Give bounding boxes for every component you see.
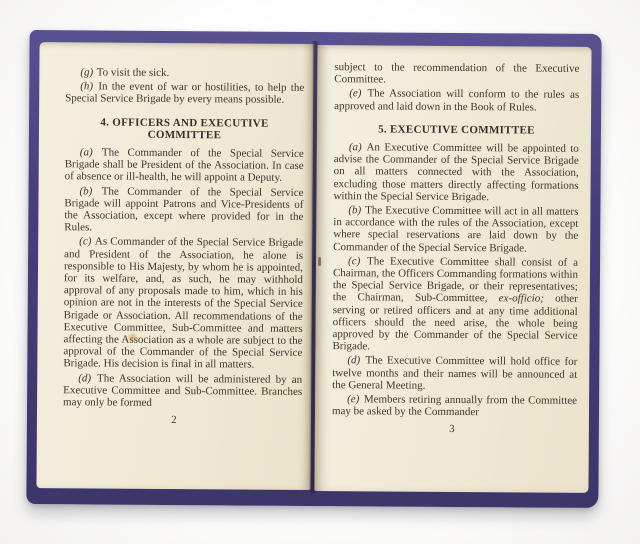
right-page-content: subject to the recommendation of the Exe… <box>315 45 592 419</box>
paragraph-label: (b) <box>348 204 361 216</box>
section-heading: 5. EXECUTIVE COMMITTEE <box>348 123 565 137</box>
paragraph-label: (e) <box>347 393 359 405</box>
booklet-cover: (g) To visit the sick.(h) In the event o… <box>26 30 601 508</box>
left-page-content: (g) To visit the sick.(h) In the event o… <box>37 42 314 410</box>
paragraph: (a) The Commander of the Special Service… <box>65 146 304 184</box>
page-number-left: 2 <box>37 413 311 427</box>
paragraph: (h) In the event of war or hostilities, … <box>65 80 304 106</box>
paragraph-label: (a) <box>80 146 93 158</box>
page-number-right: 3 <box>315 422 589 436</box>
edge-speck <box>318 257 321 266</box>
paragraph-label: (d) <box>347 355 360 367</box>
paragraph-label: (d) <box>78 372 91 384</box>
paragraph-label: (e) <box>349 88 361 100</box>
stain-mark <box>125 333 139 343</box>
paragraph: (b) The Commander of the Special Service… <box>64 185 303 235</box>
paragraph: (d) The Association will be administered… <box>63 372 302 410</box>
paragraph-label: (b) <box>79 185 92 197</box>
paragraph: (d) The Executive Committee will hold of… <box>332 355 577 393</box>
paragraph: (c) The Executive Committee shall consis… <box>332 255 578 354</box>
paragraph: (a) An Executive Committee will be appoi… <box>333 141 578 204</box>
paragraph: (e) Members retiring annually from the C… <box>332 393 577 419</box>
paragraph-label: (c) <box>348 255 360 267</box>
page-right: subject to the recommendation of the Exe… <box>314 45 591 493</box>
paragraph: (c) As Commander of the Special Service … <box>63 236 303 372</box>
paragraph: (b) The Executive Committee will act in … <box>333 204 578 255</box>
paragraph-label: (h) <box>80 81 93 93</box>
paragraph: (e) The Association will conform to the … <box>334 88 579 114</box>
paragraph: (g) To visit the sick. <box>65 66 304 80</box>
page-left: (g) To visit the sick.(h) In the event o… <box>36 42 313 490</box>
paragraph-label: (g) <box>80 66 93 78</box>
paragraph-label: (a) <box>349 141 362 153</box>
paragraph-label: (c) <box>79 236 91 248</box>
paragraph: subject to the recommendation of the Exe… <box>334 61 579 87</box>
section-heading: 4. OFFICERS AND EXECUTIVE COMMITTEE <box>79 116 290 142</box>
photo-background: (g) To visit the sick.(h) In the event o… <box>0 0 640 544</box>
